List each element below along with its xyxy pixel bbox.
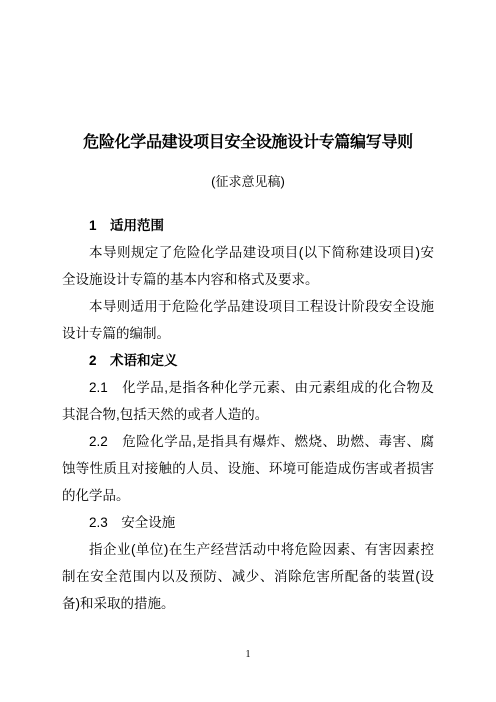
para-term-2-3-safety-facilities-definition: 指企业(单位)在生产经营活动中将危险因素、有害因素控制在安全范围内以及预防、减少… [62, 536, 434, 617]
para-scope-applicability: 本导则适用于危险化学品建设项目工程设计阶段安全设施设计专篇的编制。 [62, 293, 434, 347]
document-subtitle: (征求意见稿) [0, 173, 496, 190]
document-title: 危险化学品建设项目安全设施设计专篇编写导则 [0, 131, 496, 155]
section-1-heading: 1 适用范围 [62, 212, 434, 239]
para-term-2-1-chemicals: 2.1 化学品,是指各种化学元素、由元素组成的化合物及其混合物,包括天然的或者人… [62, 374, 434, 428]
document-page: 危险化学品建设项目安全设施设计专篇编写导则 (征求意见稿) 1 适用范围 本导则… [0, 0, 496, 702]
para-term-2-3-safety-facilities-title: 2.3 安全设施 [62, 509, 434, 536]
page-number: 1 [0, 649, 496, 660]
section-2-heading: 2 术语和定义 [62, 347, 434, 374]
para-term-2-2-hazardous-chemicals: 2.2 危险化学品,是指具有爆炸、燃烧、助燃、毒害、腐蚀等性质且对接触的人员、设… [62, 428, 434, 509]
document-body: 1 适用范围 本导则规定了危险化学品建设项目(以下简称建设项目)安全设施设计专篇… [62, 212, 434, 617]
para-scope-definition: 本导则规定了危险化学品建设项目(以下简称建设项目)安全设施设计专篇的基本内容和格… [62, 239, 434, 293]
